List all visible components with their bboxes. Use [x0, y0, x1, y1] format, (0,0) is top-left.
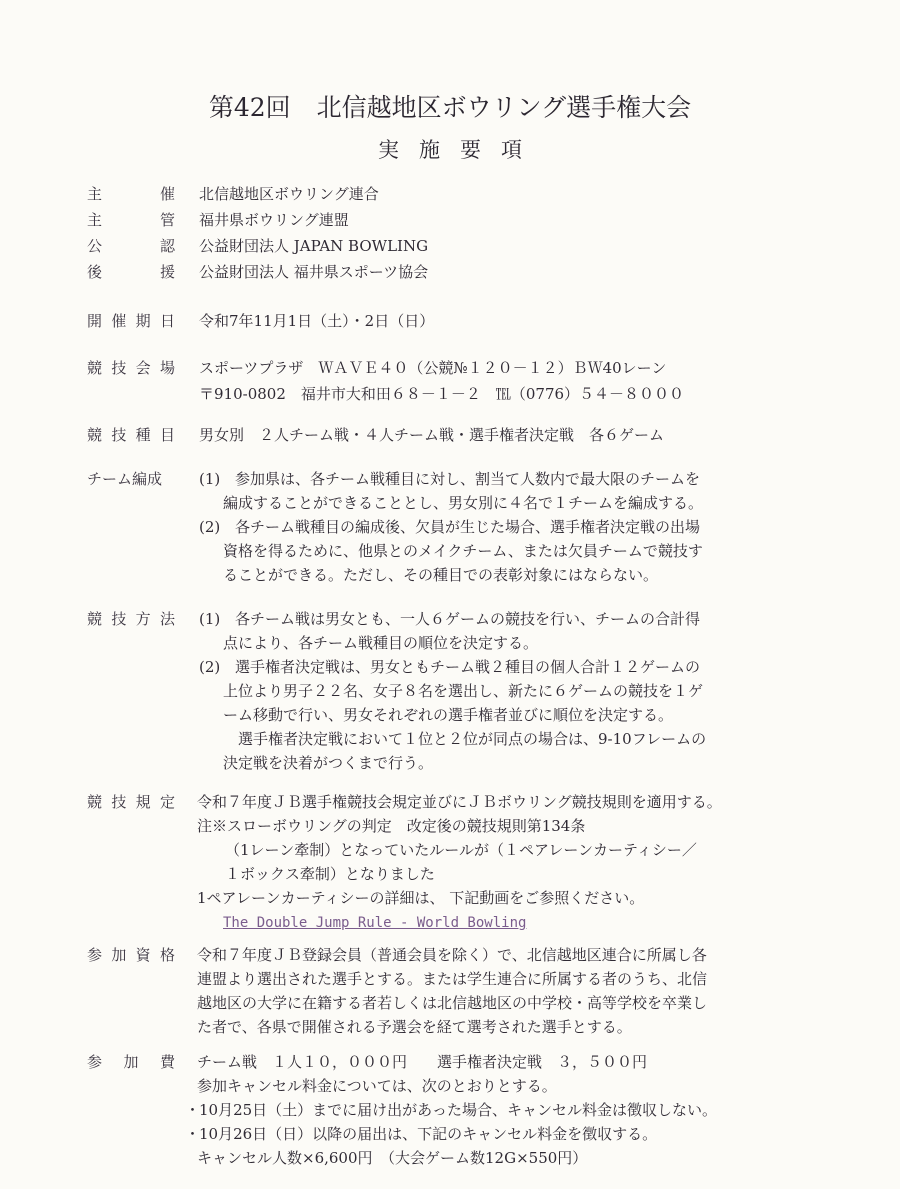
field-label: 主 管: [87, 208, 175, 232]
field-label: 後 援: [87, 260, 175, 284]
field-label: 競 技 方 法: [87, 607, 175, 631]
venue-name: スポーツプラザ ＷＡＶＥ４０（公競№１２０－１２）ＢＷ40レーン: [199, 356, 684, 380]
management-value: 福井県ボウリング連盟: [199, 208, 349, 232]
authorization-value: 公益財団法人 JAPAN BOWLING: [199, 234, 428, 258]
venue-address: 〒910-0802 福井市大和田６８－１－２ ℡（0776）５４－８０００: [199, 382, 684, 406]
field-label: チーム編成: [87, 467, 175, 491]
field-label: 参 加 資 格: [87, 943, 175, 967]
events-value: 男女別 ２人チーム戦・４人チーム戦・選手権者決定戦 各６ゲーム: [199, 423, 664, 447]
support-value: 公益財団法人 福井県スポーツ協会: [199, 260, 428, 284]
list-item: (2)選手権者決定戦は、男女ともチーム戦２種目の個人合計１２ゲームの: [199, 655, 706, 679]
list-item: ・10月26日（日）以降の届出は、下記のキャンセル料金を徴収する。: [185, 1122, 717, 1146]
list-item: (2)各チーム戦種目の編成後、欠員が生じた場合、選手権者決定戦の出場: [199, 515, 703, 539]
field-label: 公 認: [87, 234, 175, 258]
fee-amounts: チーム戦 １人１０，０００円 選手権者決定戦 ３，５００円: [197, 1050, 717, 1074]
eligibility-value: 令和７年度ＪＢ登録会員（普通会員を除く）で、北信越地区連合に所属し各 連盟より選…: [197, 943, 707, 1039]
document-title: 第42回北信越地区ボウリング選手権大会: [0, 88, 900, 124]
field-label: 競 技 種 目: [87, 423, 175, 447]
list-item: (1)参加県は、各チーム戦種目に対し、割当て人数内で最大限のチームを: [199, 467, 703, 491]
bullet-icon: ・: [185, 1098, 199, 1122]
field-label: 競 技 会 場: [87, 356, 175, 380]
field-label: 開 催 期 日: [87, 309, 175, 333]
venue-value: スポーツプラザ ＷＡＶＥ４０（公競№１２０－１２）ＢＷ40レーン 〒910-08…: [199, 356, 684, 406]
team-formation-value: (1)参加県は、各チーム戦種目に対し、割当て人数内で最大限のチームを 編成するこ…: [199, 467, 703, 587]
dates-value: 令和7年11月1日（土）・2日（日）: [199, 309, 434, 333]
document-page: 第42回北信越地区ボウリング選手権大会 実施要項 主 催 北信越地区ボウリング連…: [0, 0, 900, 1189]
title-main: 北信越地区ボウリング選手権大会: [317, 93, 692, 122]
field-label: 競 技 規 定: [87, 790, 175, 814]
competition-method-value: (1)各チーム戦は男女とも、一人６ゲームの競技を行い、チームの合計得 点により、…: [199, 607, 706, 775]
field-label: 主 催: [87, 182, 175, 206]
list-item: ・10月25日（土）までに届け出があった場合、キャンセル料金は徴収しない。: [185, 1098, 717, 1122]
field-label: 参 加 費: [87, 1050, 175, 1074]
cancel-fee-formula: キャンセル人数×6,600円 （大会ゲーム数12G×550円）: [197, 1146, 717, 1170]
rules-value: 令和７年度ＪＢ選手権競技会規定並びにＪＢボウリング競技規則を適用する。 注※スロ…: [197, 790, 722, 934]
title-prefix: 第42回: [209, 93, 291, 122]
bullet-icon: ・: [185, 1122, 199, 1146]
double-jump-rule-video-link[interactable]: The Double Jump Rule - World Bowling: [197, 915, 526, 931]
document-subtitle: 実施要項: [0, 134, 900, 164]
fees-value: チーム戦 １人１０，０００円 選手権者決定戦 ３，５００円 参加キャンセル料金に…: [197, 1050, 717, 1170]
list-item: (1)各チーム戦は男女とも、一人６ゲームの競技を行い、チームの合計得: [199, 607, 706, 631]
host-value: 北信越地区ボウリング連合: [199, 182, 379, 206]
